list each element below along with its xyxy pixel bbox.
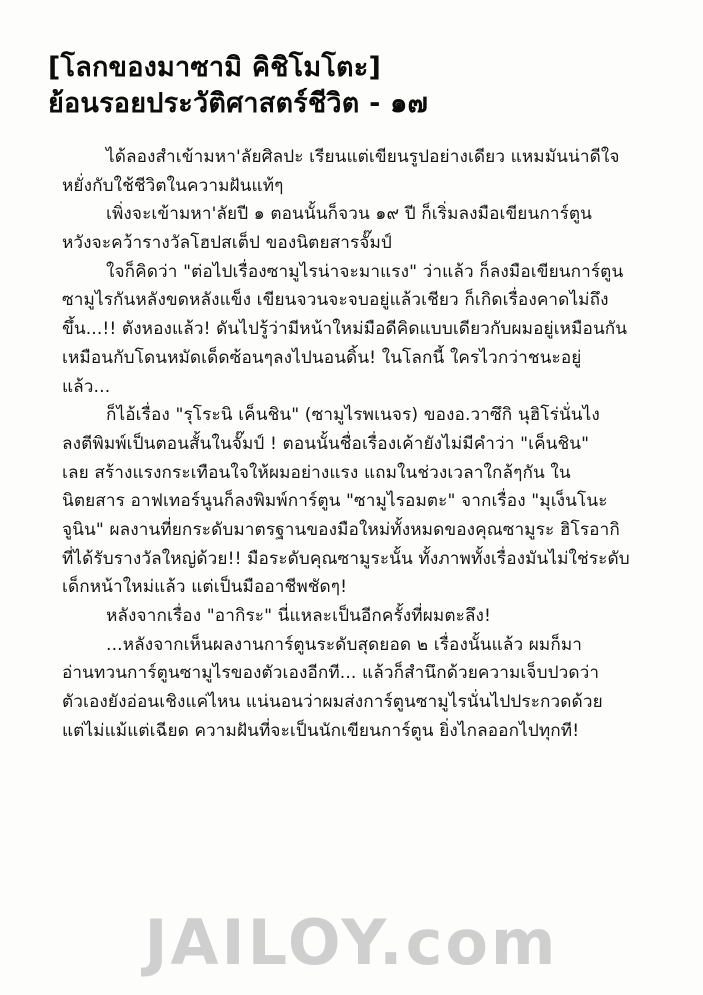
title-line-chapter: ย้อนรอยประวัติศาสตร์ชีวิต - ๑๗ [48,86,668,122]
text-line: แต่ไม่แม้แต่เฉียด ความฝันที่จะเป็นนักเขี… [62,717,647,746]
text-line: เลย สร้างแรงกระเทือนใจให้ผมอย่างแรง แถมใ… [62,459,647,488]
text-line: เด็กหน้าใหม่แล้ว แต่เป็นมืออาชีพชัดๆ! [62,573,647,602]
scanned-page: [โลกของมาซามิ คิชิโมโตะ] ย้อนรอยประวัติศ… [0,0,703,995]
text-line: ใจก็คิดว่า "ต่อไปเรื่องซามูไรน่าจะมาแรง"… [62,258,647,287]
text-line: เหมือนกับโดนหมัดเด็ดซ้อนๆลงไปนอนดิ้น! ใน… [62,344,647,373]
page-title: [โลกของมาซามิ คิชิโมโตะ] ย้อนรอยประวัติศ… [48,50,668,122]
text-line: เพิ่งจะเข้ามหา'ลัยปี ๑ ตอนนั้นก็จวน ๑๙ ป… [62,200,647,229]
watermark: JAILOY.com [0,908,703,978]
text-line: จูนิน" ผลงานที่ยกระดับมาตรฐานของมือใหม่ท… [62,516,647,545]
title-line-series: [โลกของมาซามิ คิชิโมโตะ] [48,50,668,86]
body-text: ได้ลองสำเข้ามหา'ลัยศิลปะ เรียนแต่เขียนรู… [62,143,647,745]
text-line: ตัวเองยังอ่อนเชิงแค่ไหน แน่นอนว่าผมส่งกา… [62,688,647,717]
text-line: หลังจากเรื่อง "อากิระ" นี่แหละเป็นอีกครั… [62,602,647,631]
text-line: แล้ว... [62,373,647,402]
text-line: ซามูไรกันหลังขดหลังแข็ง เขียนจวนจะจบอยู่… [62,286,647,315]
text-line: ...หลังจากเห็นผลงานการ์ตูนระดับสุดยอด ๒ … [62,631,647,660]
text-line: ขึ้น...!! ตังหองแล้ว! ดันไปรู้ว่ามีหน้าใ… [62,315,647,344]
text-line: ลงตีพิมพ์เป็นตอนสั้นในจั๊มป์ ! ตอนนั้นชื… [62,430,647,459]
text-line: นิตยสาร อาฟเทอร์นูนก็ลงพิมพ์การ์ตูน "ซาม… [62,487,647,516]
text-line: หยั่งกับใช้ชีวิตในความฝันแท้ๆ [62,172,647,201]
text-line: ได้ลองสำเข้ามหา'ลัยศิลปะ เรียนแต่เขียนรู… [62,143,647,172]
text-line: ที่ได้รับรางวัลใหญ่ด้วย!! มือระดับคุณซาม… [62,545,647,574]
text-line: ก็ไอ้เรื่อง "รุโระนิ เค็นชิน" (ซามูไรพเน… [62,401,647,430]
text-line: หวังจะคว้ารางวัลโฮปสเต็ป ของนิตยสารจั๊มป… [62,229,647,258]
text-line: อ่านทวนการ์ตูนซามูไรของตัวเองอีกที... แล… [62,659,647,688]
